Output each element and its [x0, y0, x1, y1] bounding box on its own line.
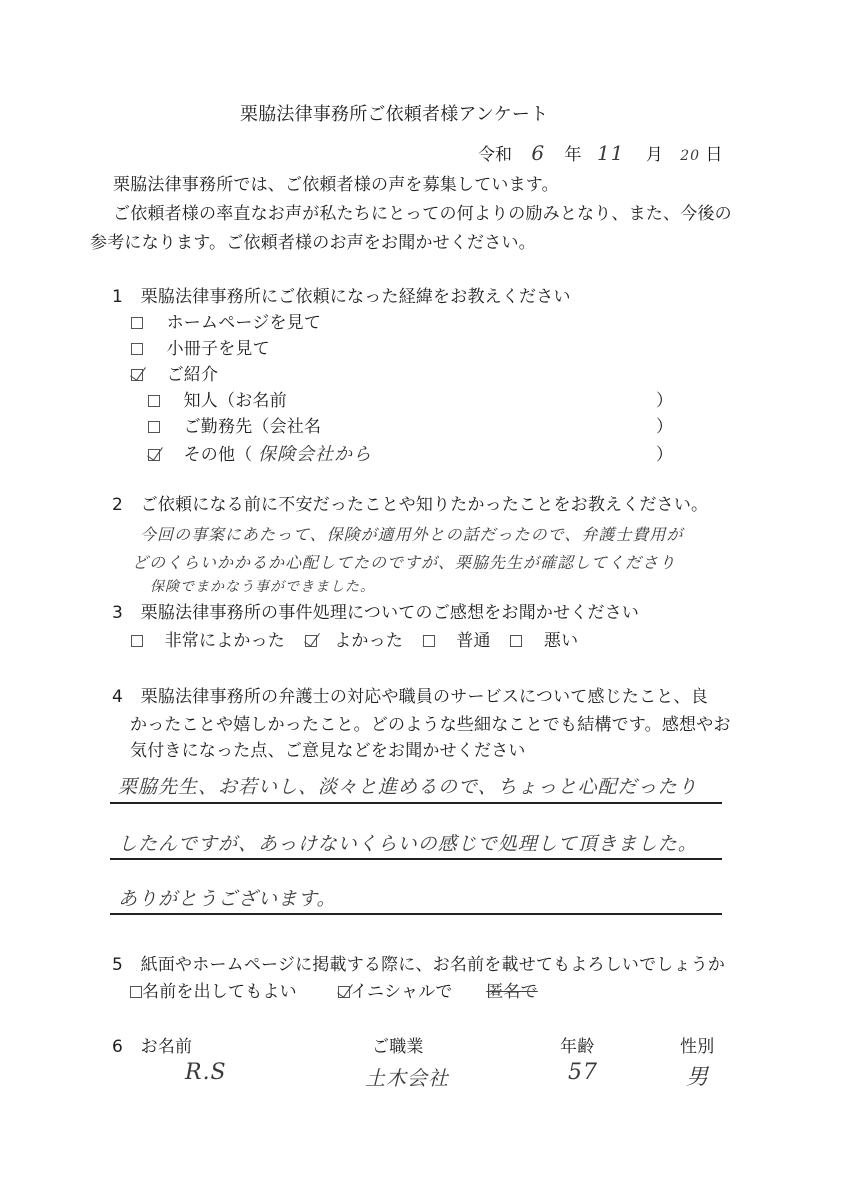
- q2-heading: 2 ご依頼になる前に不安だったことや知りたかったことをお教えください。: [112, 490, 708, 515]
- q5-heading: 5 紙面やホームページに掲載する際に、お名前を載せてもよろしいでしょうか: [112, 950, 725, 975]
- q2-number: 2: [112, 495, 123, 515]
- q1-number: 1: [112, 287, 123, 307]
- q6-value-age[interactable]: 57: [568, 1060, 598, 1085]
- q5-number: 5: [112, 955, 123, 975]
- checkbox-good[interactable]: [305, 635, 317, 647]
- option-label: ご紹介: [167, 365, 219, 385]
- q4-question-line-2: かったことや嬉しかったこと。どのような些細なことでも結構です。感想やお: [130, 710, 731, 735]
- q2-answer-line-1[interactable]: 今回の事案にあたって、保険が適用外との話だったので、弁護士費用が: [140, 522, 683, 545]
- option-label: ホームページを見て: [167, 313, 321, 333]
- q1-heading: 1 栗脇法律事務所にご依頼になった経緯をお教えください: [112, 282, 571, 307]
- option-label: 知人（お名前: [184, 391, 287, 411]
- option-label: その他（: [184, 445, 253, 465]
- close-paren: ）: [656, 440, 673, 465]
- q1-option-homepage[interactable]: ホームページを見て: [131, 308, 321, 333]
- date-month-label: 月: [646, 145, 663, 165]
- q3-option-very-good[interactable]: 非常によかった: [131, 631, 291, 651]
- q3-options: 非常によかった よかった 普通 悪い: [131, 626, 578, 651]
- q4-number: 4: [112, 687, 123, 707]
- answer-rule: [110, 802, 722, 804]
- checkbox-homepage[interactable]: [131, 317, 143, 329]
- q5-options: 名前を出してもよい イニシャルで 匿名で: [130, 977, 538, 1002]
- q4-heading: 4 栗脇法律事務所の弁護士の対応や職員のサービスについて感じたこと、良: [112, 682, 708, 707]
- date-year-label: 年: [565, 145, 582, 165]
- option-label: イニシャルで: [350, 982, 452, 1002]
- q4-answer-line-1[interactable]: 栗脇先生、お若いし、淡々と進めるので、ちょっと心配だったり: [118, 772, 698, 799]
- q6-label-gender: 性別: [680, 1032, 714, 1057]
- intro-line-3: 参考になります。ご依頼者様のお声をお聞かせください。: [90, 228, 536, 253]
- q1-sub-acquaintance[interactable]: 知人（お名前: [148, 386, 287, 411]
- q4-answer-line-2[interactable]: したんですが、あっけないくらいの感じで処理して頂きました。: [118, 829, 698, 856]
- option-label: 悪い: [544, 631, 578, 651]
- q4-question-line-1: 栗脇法律事務所の弁護士の対応や職員のサービスについて感じたこと、良: [141, 687, 708, 707]
- checkbox-acquaintance[interactable]: [148, 395, 160, 407]
- checkbox-very-good[interactable]: [131, 635, 143, 647]
- q6-label-age: 年齢: [560, 1032, 594, 1057]
- close-paren: ）: [656, 386, 673, 411]
- date-day-label: 日: [705, 145, 722, 165]
- q6-label-occupation: ご職業: [372, 1032, 424, 1057]
- q2-answer-line-3[interactable]: 保険でまかなう事ができました。: [150, 576, 375, 596]
- checkbox-bad[interactable]: [510, 635, 522, 647]
- q1-sub-other[interactable]: その他（ 保険会社から: [148, 440, 372, 466]
- q1-option-booklet[interactable]: 小冊子を見て: [131, 334, 270, 359]
- checkbox-real-name[interactable]: [130, 986, 142, 998]
- answer-rule: [110, 913, 722, 915]
- option-label: 小冊子を見て: [167, 339, 270, 359]
- q3-option-bad[interactable]: 悪い: [510, 631, 578, 651]
- option-label: ご勤務先（会社名: [184, 417, 322, 437]
- q1-question: 栗脇法律事務所にご依頼になった経緯をお教えください: [141, 287, 571, 307]
- checkbox-referral[interactable]: [131, 369, 143, 381]
- q5-option-anonymous[interactable]: 匿名で: [486, 982, 538, 1002]
- survey-title: 栗脇法律事務所ご依頼者様アンケート: [240, 100, 548, 126]
- q5-option-real-name[interactable]: 名前を出してもよい: [130, 982, 302, 1002]
- q6-value-gender[interactable]: 男: [686, 1060, 709, 1091]
- q6-label-name: お名前: [141, 1037, 193, 1057]
- q2-question: ご依頼になる前に不安だったことや知りたかったことをお教えください。: [141, 495, 709, 515]
- option-label: 非常によかった: [165, 631, 285, 651]
- q1-option-referral[interactable]: ご紹介: [131, 360, 218, 385]
- q3-option-normal[interactable]: 普通: [423, 631, 497, 651]
- q1-sub-employer[interactable]: ご勤務先（会社名: [148, 412, 321, 437]
- checkbox-normal[interactable]: [423, 635, 435, 647]
- q4-question-line-3: 気付きになった点、ご意見などをお聞かせください: [130, 736, 526, 761]
- intro-line-1: 栗脇法律事務所では、ご依頼者様の声を募集しています。: [113, 170, 559, 195]
- date-era: 令和: [478, 145, 512, 165]
- q3-option-good[interactable]: よかった: [305, 631, 409, 651]
- q2-answer-line-2[interactable]: どのくらいかかるか心配してたのですが、栗脇先生が確認してくださり: [132, 550, 676, 573]
- option-label: よかった: [334, 631, 403, 651]
- q3-question: 栗脇法律事務所の事件処理についてのご感想をお聞かせください: [141, 603, 639, 623]
- close-paren: ）: [656, 412, 673, 437]
- answer-rule: [110, 858, 722, 860]
- checkbox-booklet[interactable]: [131, 343, 143, 355]
- q6-value-occupation[interactable]: 土木会社: [365, 1062, 449, 1091]
- date-day-value[interactable]: 20: [680, 148, 700, 164]
- q5-option-initials[interactable]: イニシャルで: [338, 982, 458, 1002]
- other-source-field[interactable]: 保険会社から: [258, 444, 372, 465]
- date-year-value[interactable]: 6: [531, 141, 545, 165]
- option-label: 名前を出してもよい: [142, 982, 297, 1002]
- checkbox-other[interactable]: [148, 449, 160, 461]
- q3-number: 3: [112, 603, 123, 623]
- date-month-value[interactable]: 11: [597, 141, 624, 165]
- q6-number: 6: [112, 1037, 123, 1057]
- q5-question: 紙面やホームページに掲載する際に、お名前を載せてもよろしいでしょうか: [141, 955, 725, 975]
- intro-line-2: ご依頼者様の率直なお声が私たちにとっての何よりの励みとなり、また、今後の: [113, 199, 732, 224]
- q4-answer-line-3[interactable]: ありがとうございます。: [118, 884, 336, 911]
- option-label: 匿名で: [486, 982, 538, 1002]
- checkbox-employer[interactable]: [148, 421, 160, 433]
- survey-date: 令和 6 年 11 月 20 日: [478, 140, 722, 165]
- option-label: 普通: [456, 631, 490, 651]
- q3-heading: 3 栗脇法律事務所の事件処理についてのご感想をお聞かせください: [112, 598, 639, 623]
- q6-value-name[interactable]: R.S: [185, 1060, 227, 1085]
- q6-heading: 6 お名前: [112, 1032, 192, 1057]
- checkbox-initials[interactable]: [338, 986, 350, 998]
